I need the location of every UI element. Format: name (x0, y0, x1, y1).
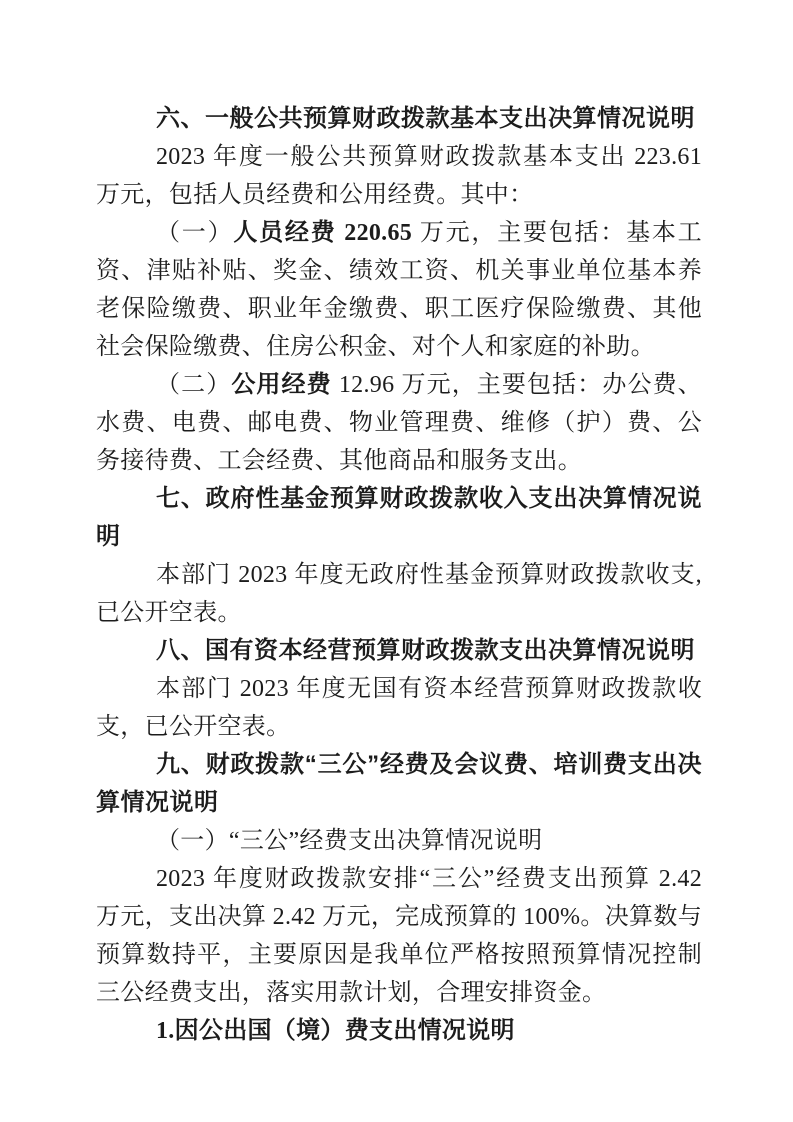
text-run: 2023 年度一般公共预算财政拨款基本支出 223.61 万元，包括人员经费和公… (96, 144, 702, 208)
paragraph: 2023 年度一般公共预算财政拨款基本支出 223.61 万元，包括人员经费和公… (96, 138, 702, 214)
section-heading: 九、财政拨款“三公”经费及会议费、培训费支出决算情况说明 (96, 746, 702, 822)
document-content: 六、一般公共预算财政拨款基本支出决算情况说明2023 年度一般公共预算财政拨款基… (96, 100, 702, 1050)
text-run: 本部门 2023 年度无政府性基金预算财政拨款收支,已公开空表。 (96, 562, 702, 626)
text-run: 八、国有资本经营预算财政拨款支出决算情况说明 (156, 637, 695, 664)
paragraph: （二）公用经费 12.96 万元，主要包括：办公费、水费、电费、邮电费、物业管理… (96, 366, 702, 480)
text-run: 七、政府性基金预算财政拨款收入支出决算情况说明 (96, 485, 702, 550)
section-heading: 七、政府性基金预算财政拨款收入支出决算情况说明 (96, 480, 702, 556)
text-run: 人员经费 220.65 (233, 220, 412, 246)
sub-heading: （一）“三公”经费支出决算情况说明 (96, 822, 702, 860)
text-run: 本部门 2023 年度无国有资本经营预算财政拨款收支，已公开空表。 (96, 676, 702, 740)
text-run: 公用经费 (231, 372, 331, 398)
text-run: 2023 年度财政拨款安排“三公”经费支出预算 2.42 万元，支出决算 2.4… (96, 866, 702, 1006)
text-run: （二） (156, 372, 231, 398)
numbered-heading: 1.因公出国（境）费支出情况说明 (96, 1012, 702, 1050)
text-run: 六、一般公共预算财政拨款基本支出决算情况说明 (156, 105, 695, 132)
text-run: 九、财政拨款“三公”经费及会议费、培训费支出决算情况说明 (96, 751, 702, 816)
paragraph: （一）人员经费 220.65 万元，主要包括：基本工资、津贴补贴、奖金、绩效工资… (96, 214, 702, 366)
paragraph: 本部门 2023 年度无国有资本经营预算财政拨款收支，已公开空表。 (96, 670, 702, 746)
document-page: 六、一般公共预算财政拨款基本支出决算情况说明2023 年度一般公共预算财政拨款基… (0, 0, 793, 1122)
text-run: （一） (156, 220, 233, 246)
paragraph: 本部门 2023 年度无政府性基金预算财政拨款收支,已公开空表。 (96, 556, 702, 632)
text-run: （一）“三公”经费支出决算情况说明 (156, 828, 542, 854)
text-run: 1.因公出国（境）费支出情况说明 (156, 1018, 515, 1044)
section-heading: 八、国有资本经营预算财政拨款支出决算情况说明 (96, 632, 702, 670)
paragraph: 2023 年度财政拨款安排“三公”经费支出预算 2.42 万元，支出决算 2.4… (96, 860, 702, 1012)
section-heading: 六、一般公共预算财政拨款基本支出决算情况说明 (96, 100, 702, 138)
